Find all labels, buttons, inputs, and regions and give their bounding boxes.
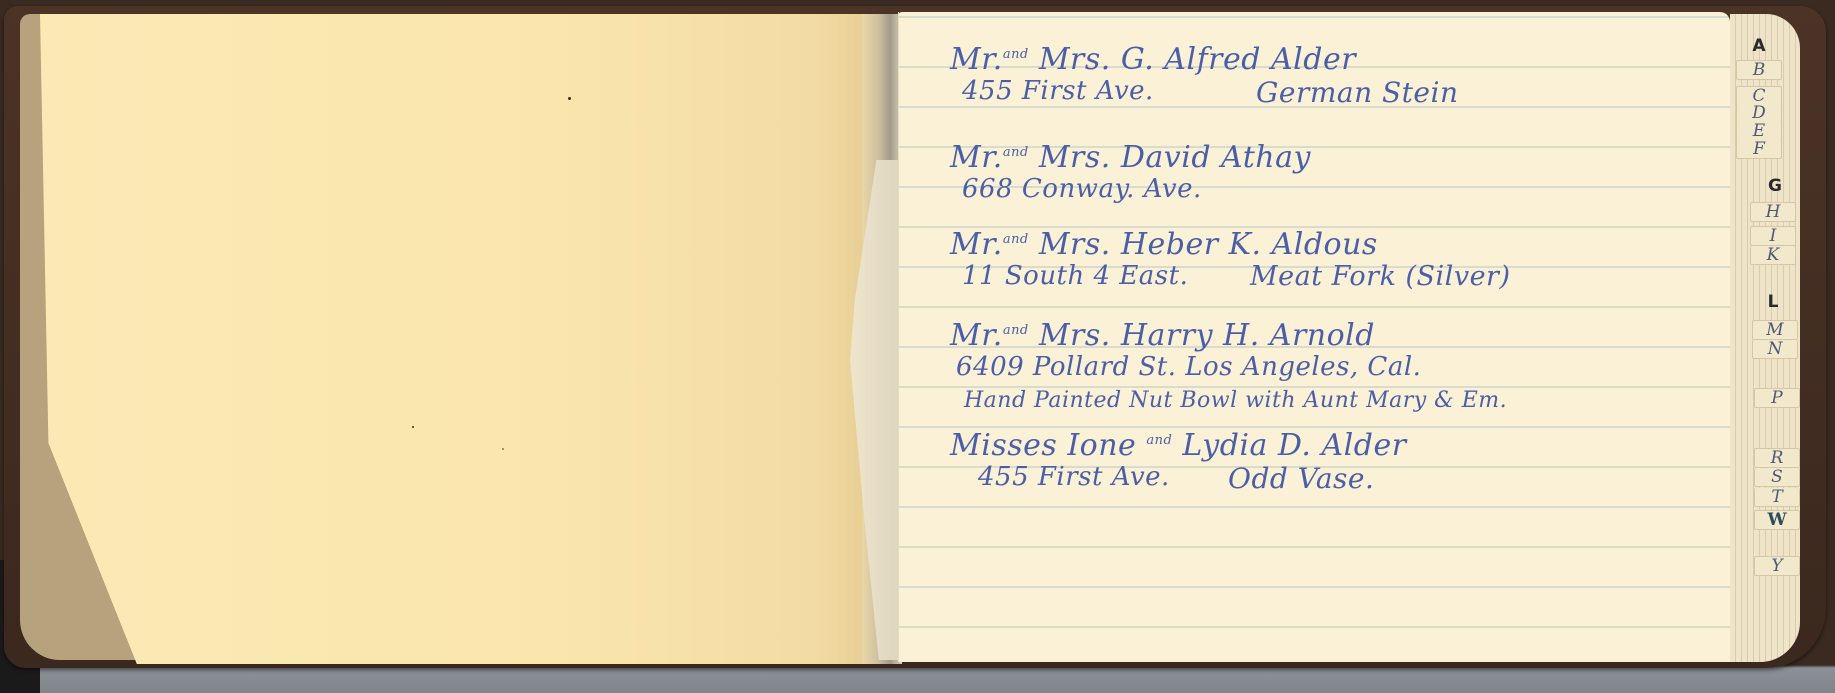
entry-and: and <box>1003 47 1029 62</box>
index-tab-n[interactable]: N <box>1752 340 1798 359</box>
entry-name: Mrs. Harry H. Arnold <box>1039 318 1375 353</box>
entry-address: 455 First Ave. <box>962 76 1154 106</box>
paper-speck <box>502 448 504 450</box>
entry-name-line: Mr.and Mrs. David Athay <box>950 140 1311 175</box>
paper-speck <box>412 426 414 428</box>
left-page-blank <box>40 14 882 664</box>
index-tab-a[interactable]: A <box>1736 36 1782 56</box>
entry-title: Mr. <box>950 318 1003 353</box>
entry-name-line: Mr.and Mrs. G. Alfred Alder <box>950 42 1356 77</box>
entry-address: 455 First Ave. <box>978 462 1170 492</box>
entry-name-line: Mr.and Mrs. Harry H. Arnold <box>950 318 1375 353</box>
index-tab-f[interactable]: F <box>1736 140 1782 159</box>
entry-note: Hand Painted Nut Bowl with Aunt Mary & E… <box>964 388 1507 413</box>
entry-title: Mr. <box>950 227 1003 262</box>
entry-gift: Odd Vase. <box>1228 462 1374 495</box>
entry-and: and <box>1003 145 1029 160</box>
index-tab-i[interactable]: I <box>1750 226 1796 246</box>
entry-gift: Meat Fork (Silver) <box>1250 261 1511 292</box>
entry-and: and <box>1003 323 1029 338</box>
entry-title: Mr. <box>950 42 1003 77</box>
index-tab-p[interactable]: P <box>1754 388 1800 408</box>
entry-address: 6409 Pollard St. Los Angeles, Cal. <box>956 352 1421 382</box>
entry-name: Mrs. Heber K. Aldous <box>1039 227 1378 262</box>
entry-name: Mrs. G. Alfred Alder <box>1039 42 1356 77</box>
entry-and: and <box>1146 433 1172 448</box>
index-tab-w[interactable]: W <box>1754 510 1800 530</box>
entry-name: Lydia D. Alder <box>1182 428 1406 463</box>
index-tab-l[interactable]: L <box>1750 292 1796 312</box>
entry-gift: German Stein <box>1256 76 1459 109</box>
alphabet-index-tabs: A B C D E F G H I K L M N P R S T W Y <box>1736 36 1792 626</box>
entry-name-line: Misses Ione and Lydia D. Alder <box>950 428 1407 463</box>
index-tab-y[interactable]: Y <box>1754 556 1800 576</box>
entry-name-line: Mr.and Mrs. Heber K. Aldous <box>950 227 1378 262</box>
entry-title: Mr. <box>950 140 1003 175</box>
index-tab-m[interactable]: M <box>1752 320 1798 340</box>
ledger-entries: Mr.and Mrs. G. Alfred Alder 455 First Av… <box>898 12 1730 662</box>
index-tab-k[interactable]: K <box>1750 246 1796 265</box>
entry-address: 11 South 4 East. <box>962 261 1188 291</box>
index-tab-h[interactable]: H <box>1750 202 1796 222</box>
entry-first-name: Ione <box>1067 428 1136 463</box>
paper-speck <box>568 97 571 100</box>
index-tab-t[interactable]: T <box>1754 488 1800 507</box>
entry-address: 668 Conway. Ave. <box>962 174 1202 204</box>
index-tab-g[interactable]: G <box>1752 176 1798 196</box>
index-tab-b[interactable]: B <box>1736 60 1782 80</box>
entry-name: Mrs. David Athay <box>1039 140 1311 175</box>
entry-title: Misses <box>950 428 1057 463</box>
index-tab-r[interactable]: R <box>1754 448 1800 468</box>
index-tab-s[interactable]: S <box>1754 468 1800 487</box>
entry-and: and <box>1003 232 1029 247</box>
